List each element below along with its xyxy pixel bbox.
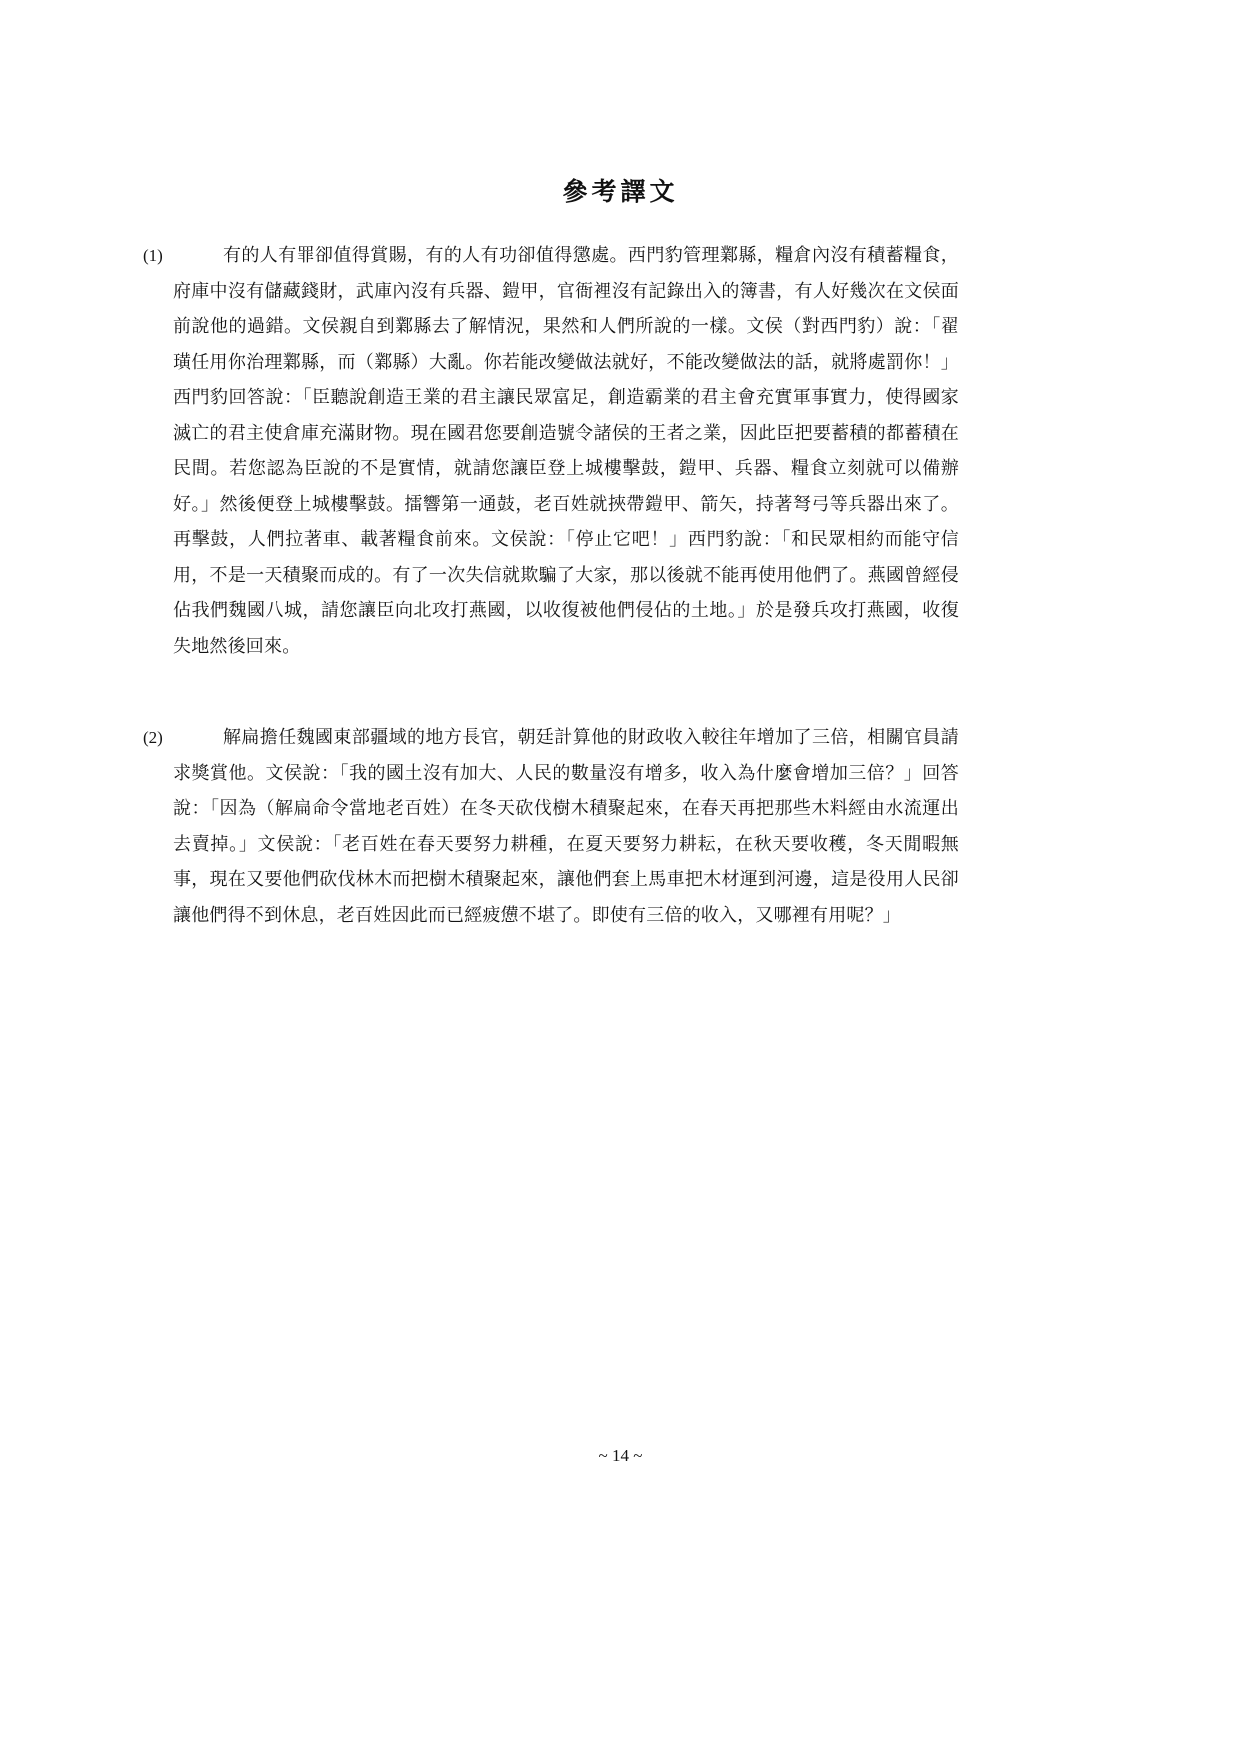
content-area: (1) 有的人有罪卻值得賞賜，有的人有功卻值得懲處。西門豹管理鄴縣，糧倉內沒有積… [143, 238, 959, 933]
page-number: ~ 14 ~ [0, 1446, 1241, 1466]
paragraph-2-text: 解扁擔任魏國東部疆域的地方長官，朝廷計算他的財政收入較往年增加了三倍，相關官員請… [173, 720, 959, 933]
paragraph-2: (2) 解扁擔任魏國東部疆域的地方長官，朝廷計算他的財政收入較往年增加了三倍，相… [143, 720, 959, 933]
page-title: 參考譯文 [0, 172, 1241, 208]
paragraph-1: (1) 有的人有罪卻值得賞賜，有的人有功卻值得懲處。西門豹管理鄴縣，糧倉內沒有積… [143, 238, 959, 664]
paragraph-2-number: (2) [143, 728, 163, 748]
paragraph-1-text: 有的人有罪卻值得賞賜，有的人有功卻值得懲處。西門豹管理鄴縣，糧倉內沒有積蓄糧食，… [173, 238, 959, 664]
document-page: 參考譯文 (1) 有的人有罪卻值得賞賜，有的人有功卻值得懲處。西門豹管理鄴縣，糧… [0, 0, 1241, 1754]
paragraph-1-number: (1) [143, 246, 163, 266]
